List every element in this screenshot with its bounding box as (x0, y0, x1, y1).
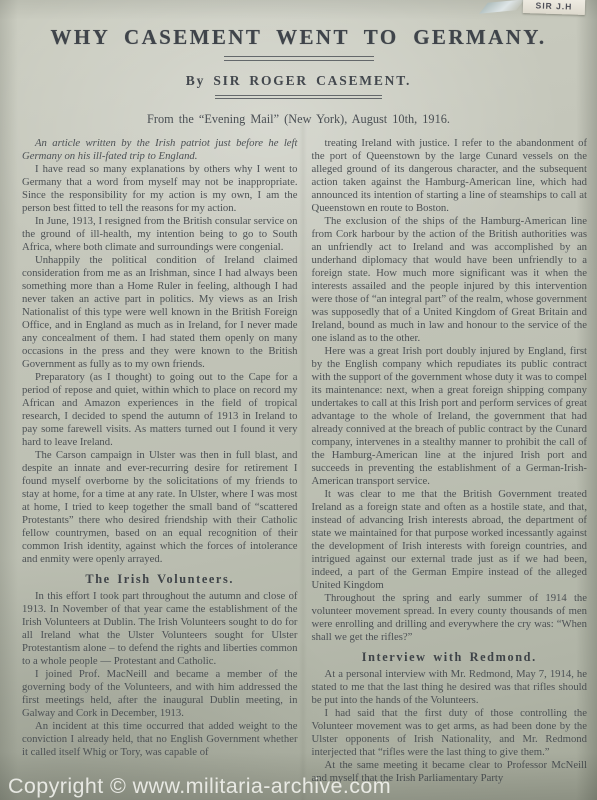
paper-corner-mark (479, 0, 525, 14)
document-page: SIR J.H WHY CASEMENT WENT TO GERMANY. By… (0, 0, 597, 800)
watermark: Copyright © www.militaria-archive.com (8, 774, 391, 799)
section-heading: The Irish Volunteers. (22, 573, 298, 586)
article-paragraph: I joined Prof. MacNeill and became a mem… (22, 668, 298, 720)
byline-rule (215, 95, 382, 100)
article-paragraph: I had said that the first duty of those … (312, 707, 588, 759)
article-paragraph: The Carson campaign in Ulster was then i… (22, 449, 298, 566)
article-paragraph: In this effort I took part throughout th… (22, 590, 298, 668)
left-column: An article written by the Irish patriot … (22, 137, 298, 800)
article-paragraph: Throughout the spring and early summer o… (312, 592, 588, 644)
title-rule (224, 56, 374, 61)
article-paragraph: Here was a great Irish port doubly injur… (312, 345, 588, 488)
archive-label-tab: SIR J.H (523, 0, 585, 15)
intro-paragraph: An article written by the Irish patriot … (22, 137, 298, 163)
article-paragraph: Unhappily the political condition of Ire… (22, 254, 298, 371)
article-paragraph: Preparatory (as I thought) to going out … (22, 371, 298, 449)
page-title: WHY CASEMENT WENT TO GERMANY. (8, 25, 589, 50)
article-paragraph: It was clear to me that the British Gove… (312, 488, 588, 592)
section-heading: Interview with Redmond. (312, 651, 588, 664)
right-column: treating Ireland with justice. I refer t… (312, 137, 588, 800)
article-paragraph: At a personal interview with Mr. Redmond… (312, 668, 588, 707)
article-paragraph: The exclusion of the ships of the Hambur… (312, 215, 588, 345)
article-paragraph: treating Ireland with justice. I refer t… (312, 137, 588, 215)
article-paragraph: In June, 1913, I resigned from the Briti… (22, 215, 298, 254)
article-paragraph: I have read so many explanations by othe… (22, 163, 298, 215)
archive-label-text: SIR J.H (535, 0, 572, 11)
byline: By SIR ROGER CASEMENT. (0, 73, 597, 89)
page-fold (299, 120, 307, 800)
article-paragraph: An incident at this time occurred that a… (22, 720, 298, 759)
